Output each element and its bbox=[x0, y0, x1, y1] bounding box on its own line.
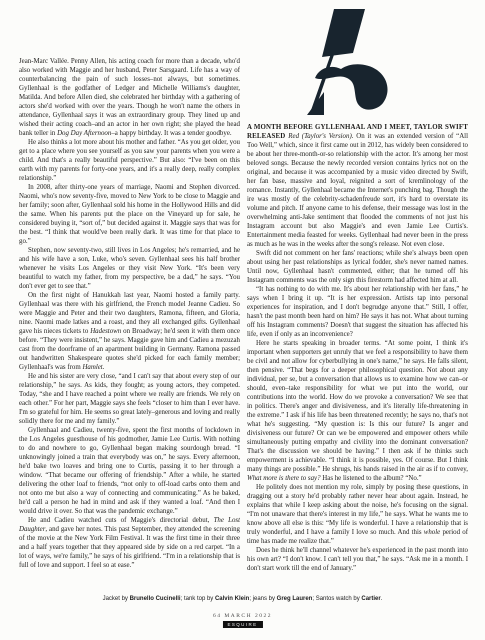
text-run: , and gave her notes. This past Septembe… bbox=[19, 526, 240, 569]
drop-cap-thin-stroke bbox=[310, 14, 348, 113]
paragraph: Stephen, now seventy-two, still lives in… bbox=[19, 246, 240, 291]
magazine-logo: ESQUIRE bbox=[222, 621, 262, 628]
text-run: In 2008, after thirty-one years of marri… bbox=[19, 184, 240, 245]
text-run: Here he starts speaking in broader terms… bbox=[247, 340, 468, 473]
text-run: Jean-Marc Vallée. Penny Allen, his actin… bbox=[19, 58, 240, 137]
page-folio: 64 MARCH 2022 bbox=[0, 613, 485, 619]
text-run: . bbox=[381, 596, 383, 602]
text-run: Red (Taylor's Version) bbox=[288, 133, 351, 140]
column-right: A MONTH BEFORE GYLLENHAAL AND I MEET, TA… bbox=[247, 123, 468, 583]
text-run: whole bbox=[424, 529, 440, 536]
paragraph: He and Cadieu watched cuts of Maggie's d… bbox=[19, 516, 240, 570]
drop-cap-thick-stem bbox=[322, 9, 365, 57]
text-run: Dog Day Afternoon bbox=[57, 130, 111, 137]
paragraph: Swift did not comment on her fans' react… bbox=[247, 249, 468, 285]
text-run: What more is there to say? bbox=[247, 475, 321, 482]
text-run: ; tank top by bbox=[181, 596, 215, 602]
text-run: . On it was an extended version of “All … bbox=[247, 133, 468, 248]
paragraph: In 2008, after thirty-one years of marri… bbox=[19, 183, 240, 246]
text-run: He also thinks a lot more about his moth… bbox=[19, 139, 240, 182]
text-run: ; jeans by bbox=[249, 596, 276, 602]
paragraph: “It has nothing to do with me. It's abou… bbox=[247, 285, 468, 339]
text-run: Hamlet bbox=[82, 364, 102, 371]
paragraph: Here he starts speaking in broader terms… bbox=[247, 339, 468, 483]
text-run: Stephen, now seventy-two, still lives in… bbox=[19, 247, 240, 290]
paragraph: He politely does not mention my role, si… bbox=[247, 483, 468, 546]
text-run: He and Cadieu watched cuts of Maggie's d… bbox=[28, 517, 214, 524]
text-run: Calvin Klein bbox=[215, 596, 249, 602]
paragraph: Jean-Marc Vallée. Penny Allen, his actin… bbox=[19, 57, 240, 138]
text-run: Jacket by bbox=[103, 596, 130, 602]
paragraph: Does he think he'll channel whatever he'… bbox=[247, 546, 468, 573]
paragraph: Gyllenhaal and Cadieu, twenty-five, spen… bbox=[19, 426, 240, 516]
text-run: Does he think he'll channel whatever he'… bbox=[247, 547, 468, 572]
paragraph: On the first night of Hanukkah last year… bbox=[19, 291, 240, 372]
text-run: Brunello Cucinelli bbox=[130, 596, 181, 602]
text-run: Has he listened to the album? “No.” bbox=[321, 475, 422, 482]
text-run: Swift did not comment on her fans' react… bbox=[247, 250, 468, 284]
text-run: He and his sister are very close, “and I… bbox=[19, 373, 240, 425]
text-run: ; Santos watch by bbox=[312, 596, 361, 602]
paragraph: He also thinks a lot more about his moth… bbox=[19, 138, 240, 183]
column-left: Jean-Marc Vallée. Penny Allen, his actin… bbox=[19, 57, 240, 591]
text-run: Cartier bbox=[361, 596, 380, 602]
paragraph: A MONTH BEFORE GYLLENHAAL AND I MEET, TA… bbox=[247, 123, 468, 249]
text-run: Hadestown bbox=[90, 328, 121, 335]
text-run: . bbox=[103, 364, 105, 371]
text-run: “It has nothing to do with me. It's abou… bbox=[247, 286, 468, 338]
magazine-page: Jean-Marc Vallée. Penny Allen, his actin… bbox=[0, 0, 485, 640]
drop-cap-letter-a-icon bbox=[301, 9, 389, 115]
paragraph: He and his sister are very close, “and I… bbox=[19, 372, 240, 426]
drop-cap-bowl bbox=[315, 64, 388, 109]
text-run: Greg Lauren bbox=[277, 596, 313, 602]
text-run: Gyllenhaal and Cadieu, twenty-five, spen… bbox=[19, 427, 240, 515]
text-run: –a happy birthday. It was a tender goodb… bbox=[111, 130, 231, 137]
drop-cap-foot bbox=[307, 92, 324, 115]
fashion-credits: Jacket by Brunello Cucinelli; tank top b… bbox=[0, 596, 485, 602]
